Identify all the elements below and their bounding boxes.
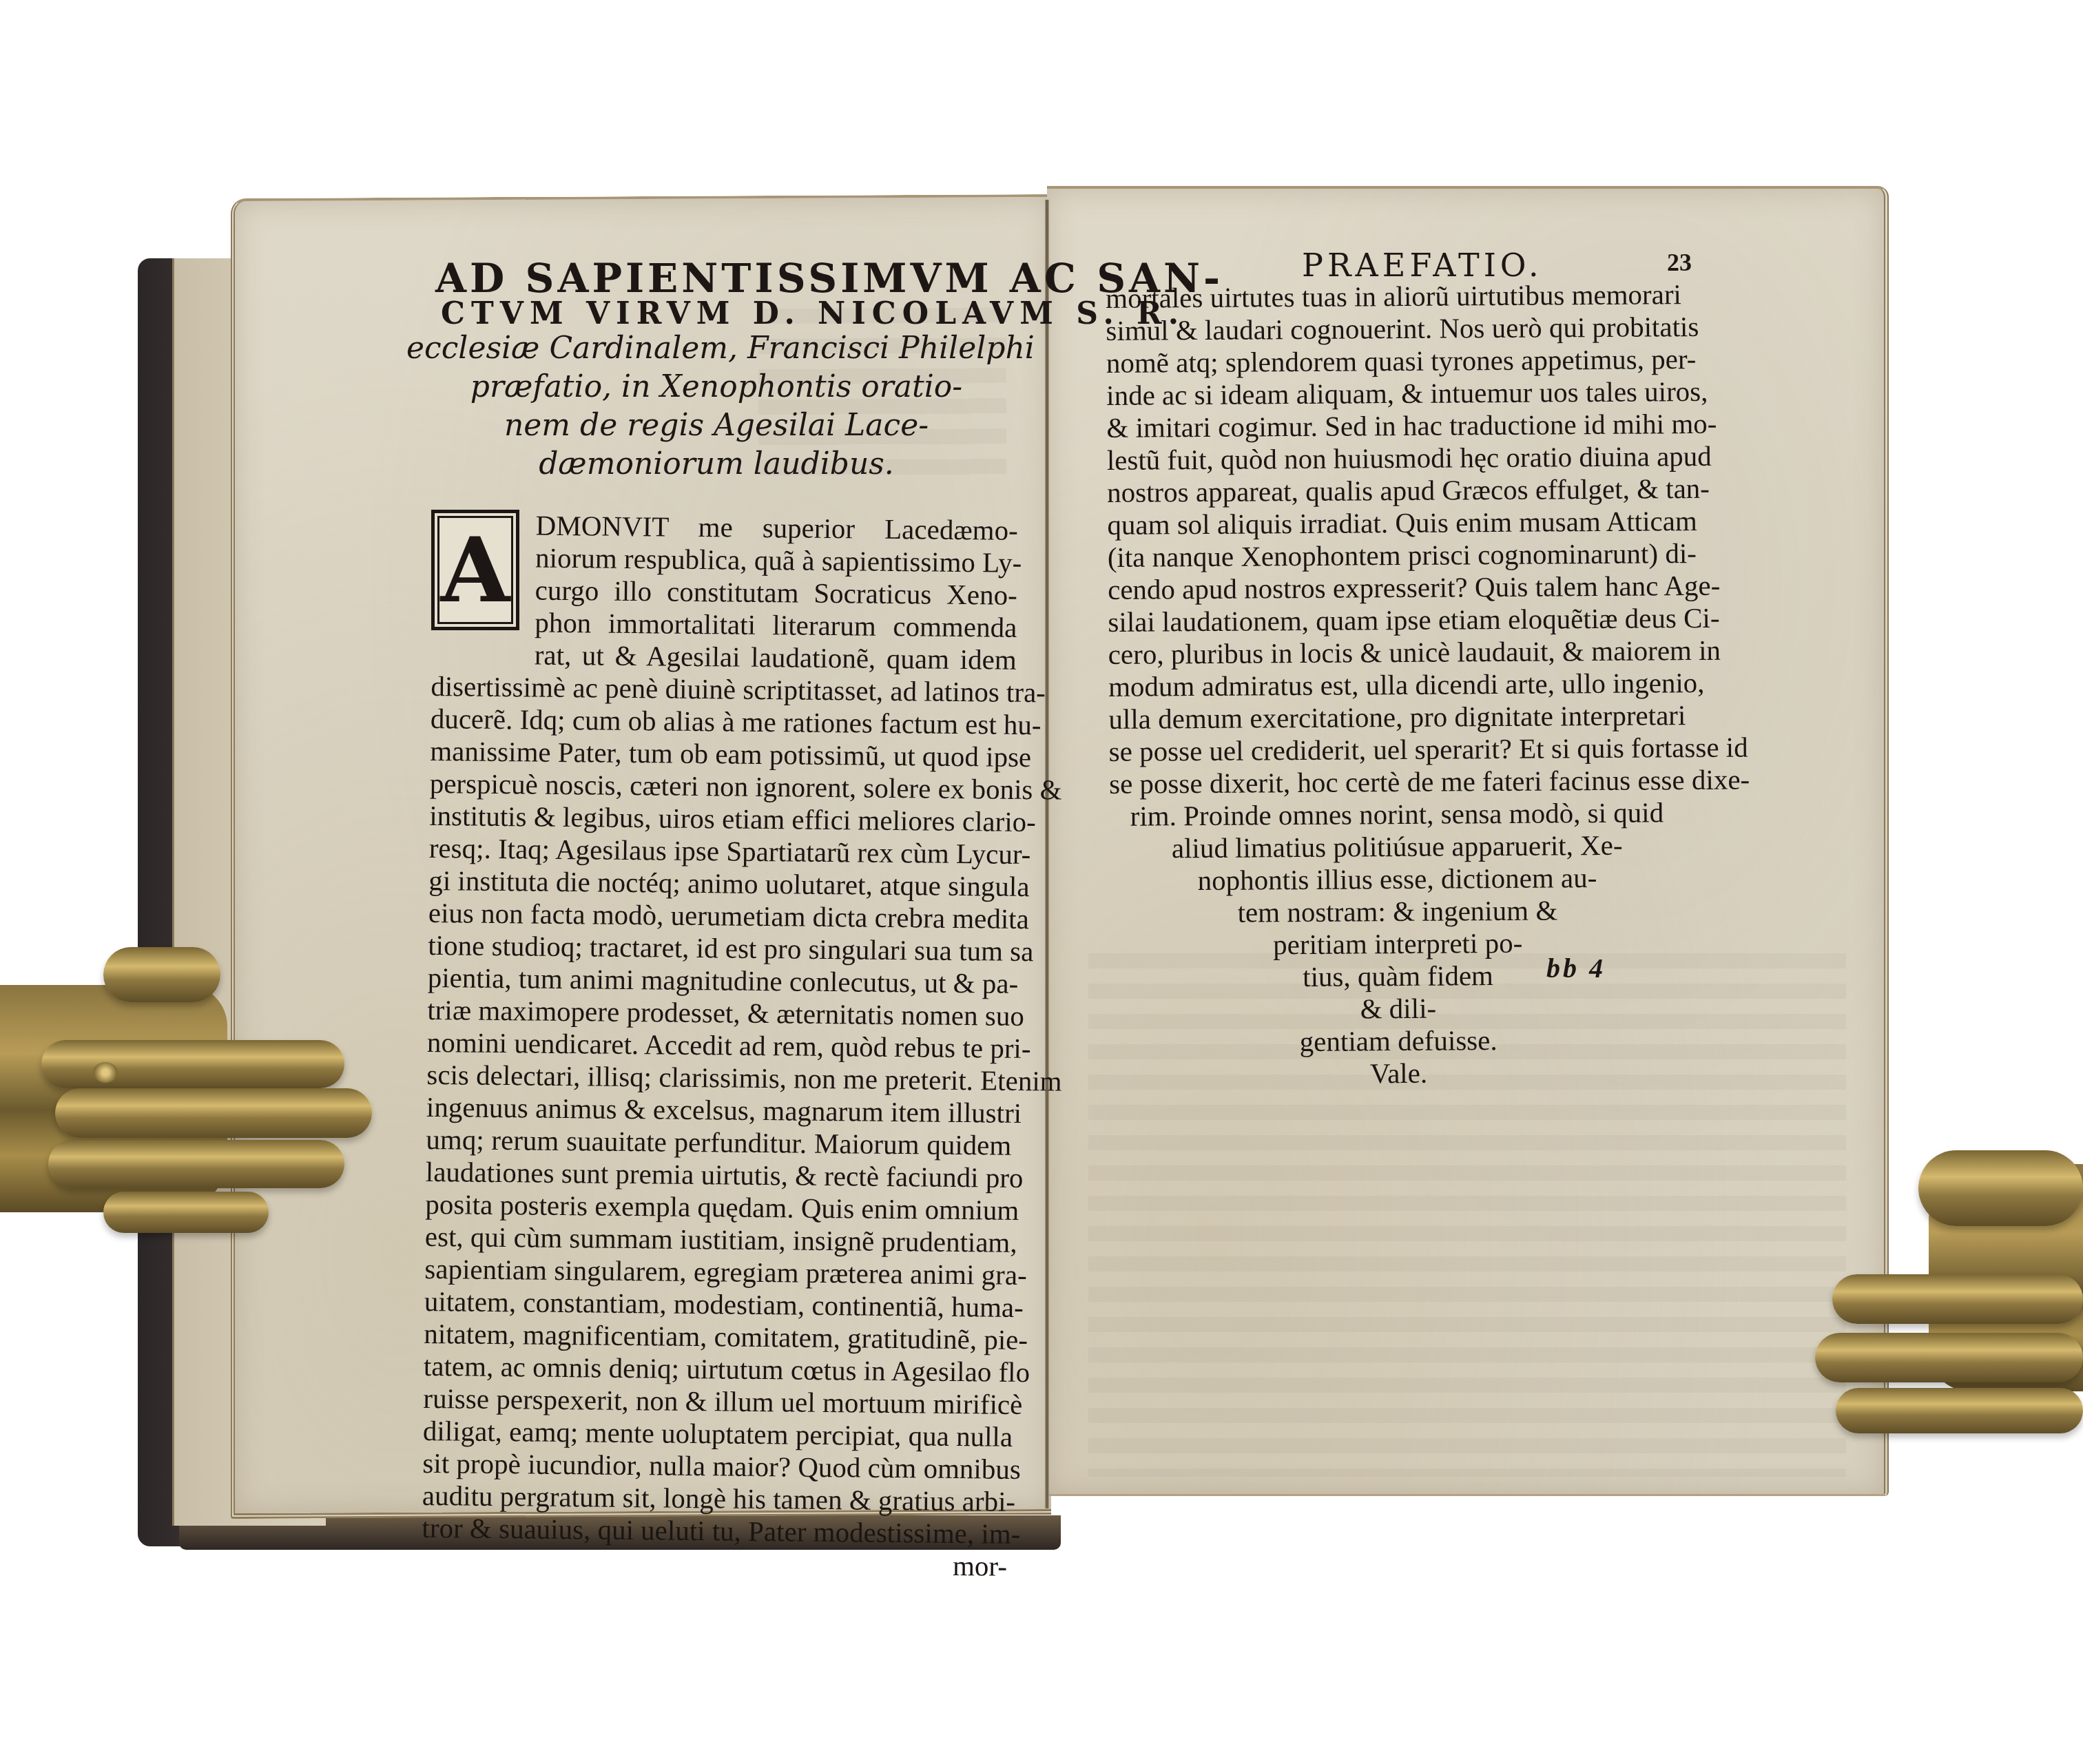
- ring-ornament: [93, 1062, 118, 1083]
- text-line: silai laudationem, quam ipse etiam eloqu…: [1108, 602, 1683, 639]
- closing-vale: Vale.: [1111, 1055, 1686, 1092]
- brass-finger-right: [1832, 1274, 2083, 1324]
- text-line: tror & suauius, qui ueluti tu, Pater mod…: [422, 1512, 1007, 1550]
- title-line-1: ecclesiæ Cardinalem, Francisci Philelphi: [406, 331, 1026, 366]
- brass-finger-left: [41, 1040, 344, 1088]
- brass-finger-left: [103, 1192, 269, 1233]
- title-line-2: præfatio, in Xenophontis oratio-: [406, 369, 1026, 404]
- text-line: nophontis illius esse, dictionem au-: [1110, 861, 1685, 897]
- brass-finger-right: [1815, 1333, 2083, 1382]
- text-line: nostros appareat, qualis apud Græcos eff…: [1107, 473, 1682, 509]
- book-photo-scene: AD SAPIENTISSIMVM AC SAN- CTVM VIRVM D. …: [0, 0, 2083, 1764]
- text-line: se posse uel crediderit, uel sperarit? E…: [1109, 731, 1684, 768]
- text-line: aliud limatius politiúsue apparuerit, Xe…: [1110, 829, 1685, 865]
- book-gutter: [1045, 200, 1049, 1508]
- title-line-3: nem de regis Agesilai Lace-: [406, 408, 1026, 443]
- heading-line-2: CTVM VIRVM D. NICOLAVM S. R.: [441, 296, 1185, 331]
- catchword: mor-: [422, 1544, 1007, 1583]
- brass-thumb-left: [103, 947, 220, 1002]
- running-head: PRAEFATIO.: [1302, 247, 1543, 284]
- text-line: se posse dixerit, hoc certè de me fateri…: [1109, 764, 1684, 800]
- text-line: mortales uirtutes tuas in aliorũ uirtuti…: [1106, 278, 1681, 315]
- text-line: & dili-: [1110, 990, 1686, 1027]
- text-line: tem nostram: & ingenium &: [1110, 893, 1685, 930]
- brass-thumb-right: [1918, 1150, 2083, 1226]
- signature-mark: bb 4: [1546, 952, 1606, 984]
- text-line: cero, pluribus in locis & unicè laudauit…: [1108, 634, 1683, 671]
- brass-finger-left: [55, 1088, 372, 1138]
- text-line: gentiam defuisse.: [1111, 1023, 1686, 1059]
- text-line: simul & laudari cognouerint. Nos uerò qu…: [1106, 311, 1681, 347]
- text-line: cendo apud nostros expresserit? Quis tal…: [1108, 570, 1683, 606]
- page-number: 23: [1667, 248, 1692, 277]
- text-line: modum admiratus est, ulla dicendi arte, …: [1108, 667, 1683, 703]
- brass-finger-right: [1836, 1388, 2083, 1433]
- text-line: rim. Proinde omnes norint, sensa modò, s…: [1109, 796, 1684, 833]
- text-line: lestũ fuit, quòd non huiusmodi hęc orati…: [1107, 440, 1682, 477]
- text-line: quam sol aliquis irradiat. Quis enim mus…: [1107, 505, 1682, 541]
- brass-finger-left: [48, 1140, 344, 1188]
- text-line: & imitari cogimur. Sed in hac traduction…: [1106, 408, 1681, 444]
- title-line-4: dæmoniorum laudibus.: [406, 446, 1026, 481]
- text-line: (ita nanque Xenophontem prisci cognomina…: [1108, 537, 1683, 574]
- text-line: ulla demum exercitatione, pro dignitate …: [1108, 699, 1683, 736]
- text-line: nomẽ atq; splendorem quasi tyrones appet…: [1106, 343, 1681, 380]
- text-line: inde ac si ideam aliquam, & intuemur uos…: [1106, 375, 1681, 412]
- left-page-body: DMONVIT me superior Lacedæmo- niorum res…: [422, 508, 1018, 1583]
